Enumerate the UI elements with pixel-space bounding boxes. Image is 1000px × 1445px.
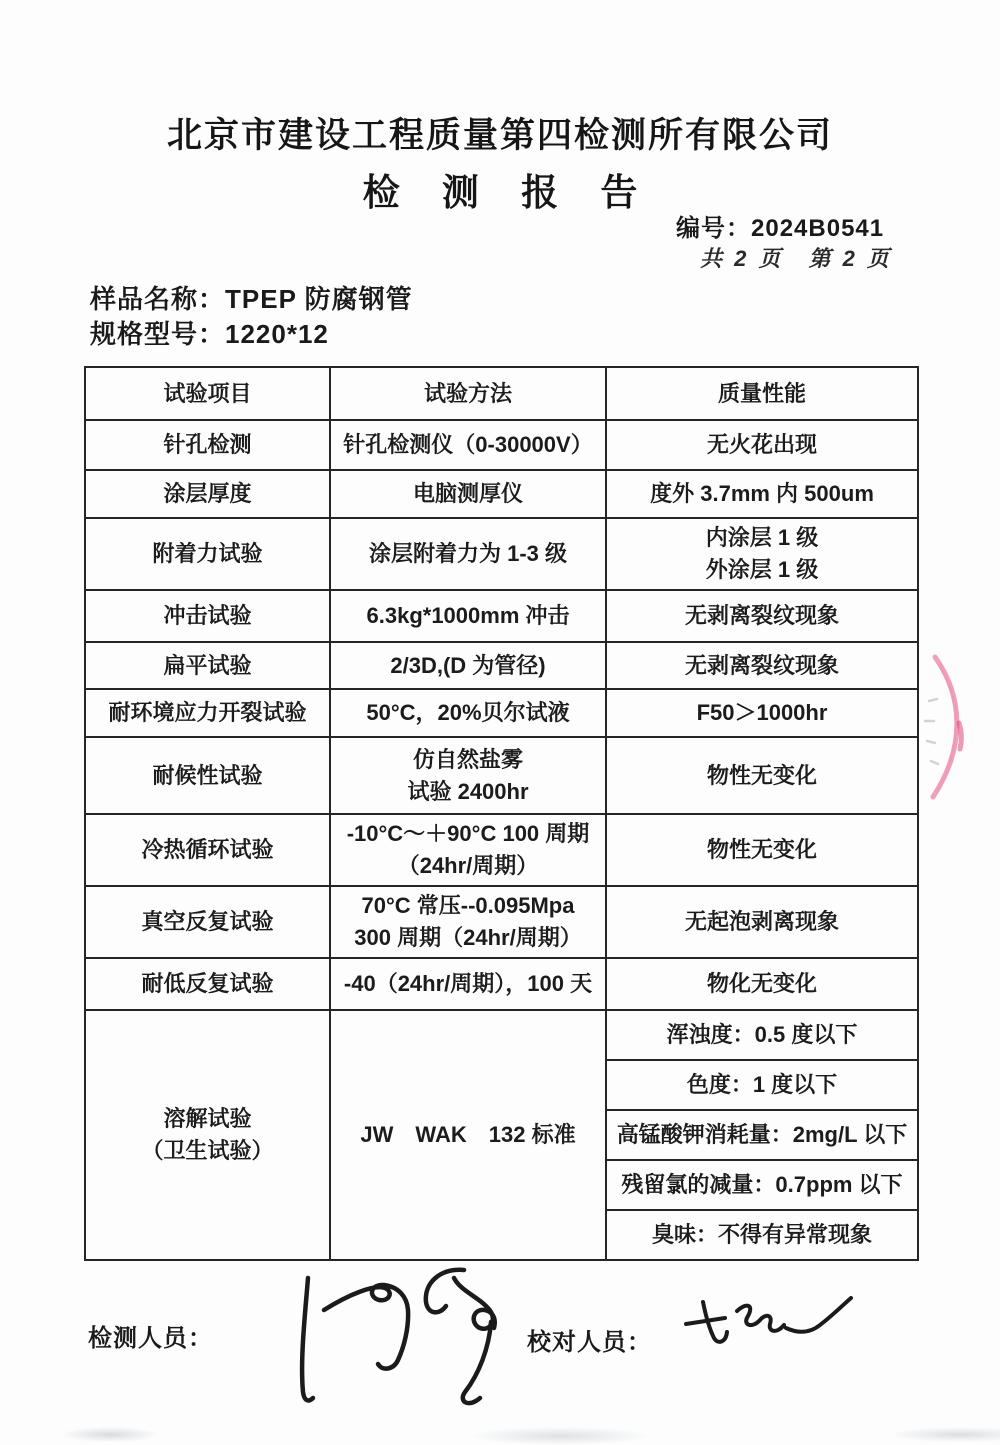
cell-result: 度外 3.7mm 内 500um (606, 470, 918, 518)
tester-label: 检测人员： (88, 1318, 213, 1353)
tester-signature (258, 1250, 513, 1415)
sample-spec-label: 规格型号： (90, 319, 225, 349)
cell-item: 针孔检测 (85, 420, 330, 470)
cell-result: 无剥离裂纹现象 (606, 590, 918, 642)
scan-edge-shading (0, 1419, 1000, 1445)
cell-item: 涂层厚度 (85, 470, 330, 518)
cell-result: 物性无变化 (606, 737, 918, 814)
table-row-dissolution: 溶解试验 （卫生试验） JW WAK 132 标准 浑浊度：0.5 度以下 (85, 1010, 918, 1060)
table-row: 针孔检测 针孔检测仪（0-30000V） 无火花出现 (85, 420, 918, 470)
cell-result: 物化无变化 (606, 958, 918, 1010)
cell-method: 50°C，20%贝尔试液 (330, 689, 606, 737)
report-number: 编号：2024B0541 (676, 208, 884, 243)
cell-result-sub: 色度：1 度以下 (606, 1060, 918, 1110)
table-row: 冲击试验 6.3kg*1000mm 冲击 无剥离裂纹现象 (85, 590, 918, 642)
table-row: 附着力试验 涂层附着力为 1-3 级 内涂层 1 级 外涂层 1 级 (85, 518, 918, 590)
cell-method: -10°C～＋90°C 100 周期 （24hr/周期） (330, 814, 606, 886)
cell-item: 冲击试验 (85, 590, 330, 642)
page-count: 共 2 页 第 2 页 (700, 242, 892, 273)
company-name: 北京市建设工程质量第四检测所有限公司 (0, 108, 1000, 158)
cell-result: F50＞1000hr (606, 689, 918, 737)
col-header-method: 试验方法 (330, 367, 606, 420)
red-seal-partial-icon (915, 645, 995, 810)
table-row: 真空反复试验 70°C 常压--0.095Mpa 300 周期（24hr/周期）… (85, 886, 918, 958)
cell-method: 针孔检测仪（0-30000V） (330, 420, 606, 470)
cell-item-dissolution: 溶解试验 （卫生试验） (85, 1010, 330, 1260)
cell-item: 附着力试验 (85, 518, 330, 590)
sample-name-line: 样品名称：TPEP 防腐钢管 (90, 279, 413, 316)
cell-result: 无火花出现 (606, 420, 918, 470)
sample-name-value: TPEP 防腐钢管 (225, 284, 413, 314)
table-row: 耐低反复试验 -40（24hr/周期），100 天 物化无变化 (85, 958, 918, 1010)
report-page: 北京市建设工程质量第四检测所有限公司 检 测 报 告 编号：2024B0541 … (0, 0, 1000, 1445)
sample-spec-line: 规格型号：1220*12 (90, 314, 329, 351)
cell-method-dissolution: JW WAK 132 标准 (330, 1010, 606, 1260)
cell-result-sub: 臭味：不得有异常现象 (606, 1210, 918, 1260)
cell-item: 耐低反复试验 (85, 958, 330, 1010)
table-row: 冷热循环试验 -10°C～＋90°C 100 周期 （24hr/周期） 物性无变… (85, 814, 918, 886)
col-header-item: 试验项目 (85, 367, 330, 420)
cell-method: 70°C 常压--0.095Mpa 300 周期（24hr/周期） (330, 886, 606, 958)
sample-name-label: 样品名称： (90, 284, 225, 314)
table-row: 涂层厚度 电脑测厚仪 度外 3.7mm 内 500um (85, 470, 918, 518)
cell-item: 耐候性试验 (85, 737, 330, 814)
cell-result-sub: 残留氯的减量：0.7ppm 以下 (606, 1160, 918, 1210)
table-row: 耐环境应力开裂试验 50°C，20%贝尔试液 F50＞1000hr (85, 689, 918, 737)
cell-method: -40（24hr/周期），100 天 (330, 958, 606, 1010)
cell-item: 扁平试验 (85, 642, 330, 689)
table-row: 耐候性试验 仿自然盐雾 试验 2400hr 物性无变化 (85, 737, 918, 814)
col-header-result: 质量性能 (606, 367, 918, 420)
cell-result: 无剥离裂纹现象 (606, 642, 918, 689)
cell-method: 涂层附着力为 1-3 级 (330, 518, 606, 590)
sample-spec-value: 1220*12 (225, 319, 329, 349)
proofreader-label: 校对人员： (527, 1322, 652, 1357)
table-row: 扁平试验 2/3D,(D 为管径) 无剥离裂纹现象 (85, 642, 918, 689)
cell-method: 6.3kg*1000mm 冲击 (330, 590, 606, 642)
cell-item: 耐环境应力开裂试验 (85, 689, 330, 737)
test-results-table: 试验项目 试验方法 质量性能 针孔检测 针孔检测仪（0-30000V） 无火花出… (84, 366, 919, 1261)
cell-result-sub: 高锰酸钾消耗量：2mg/L 以下 (606, 1110, 918, 1160)
proofreader-signature (636, 1272, 856, 1360)
cell-result: 内涂层 1 级 外涂层 1 级 (606, 518, 918, 590)
cell-method: 仿自然盐雾 试验 2400hr (330, 737, 606, 814)
cell-method: 电脑测厚仪 (330, 470, 606, 518)
cell-method: 2/3D,(D 为管径) (330, 642, 606, 689)
cell-result: 无起泡剥离现象 (606, 886, 918, 958)
table-header-row: 试验项目 试验方法 质量性能 (85, 367, 918, 420)
cell-item: 冷热循环试验 (85, 814, 330, 886)
cell-result: 物性无变化 (606, 814, 918, 886)
cell-result-sub: 浑浊度：0.5 度以下 (606, 1010, 918, 1060)
cell-item: 真空反复试验 (85, 886, 330, 958)
